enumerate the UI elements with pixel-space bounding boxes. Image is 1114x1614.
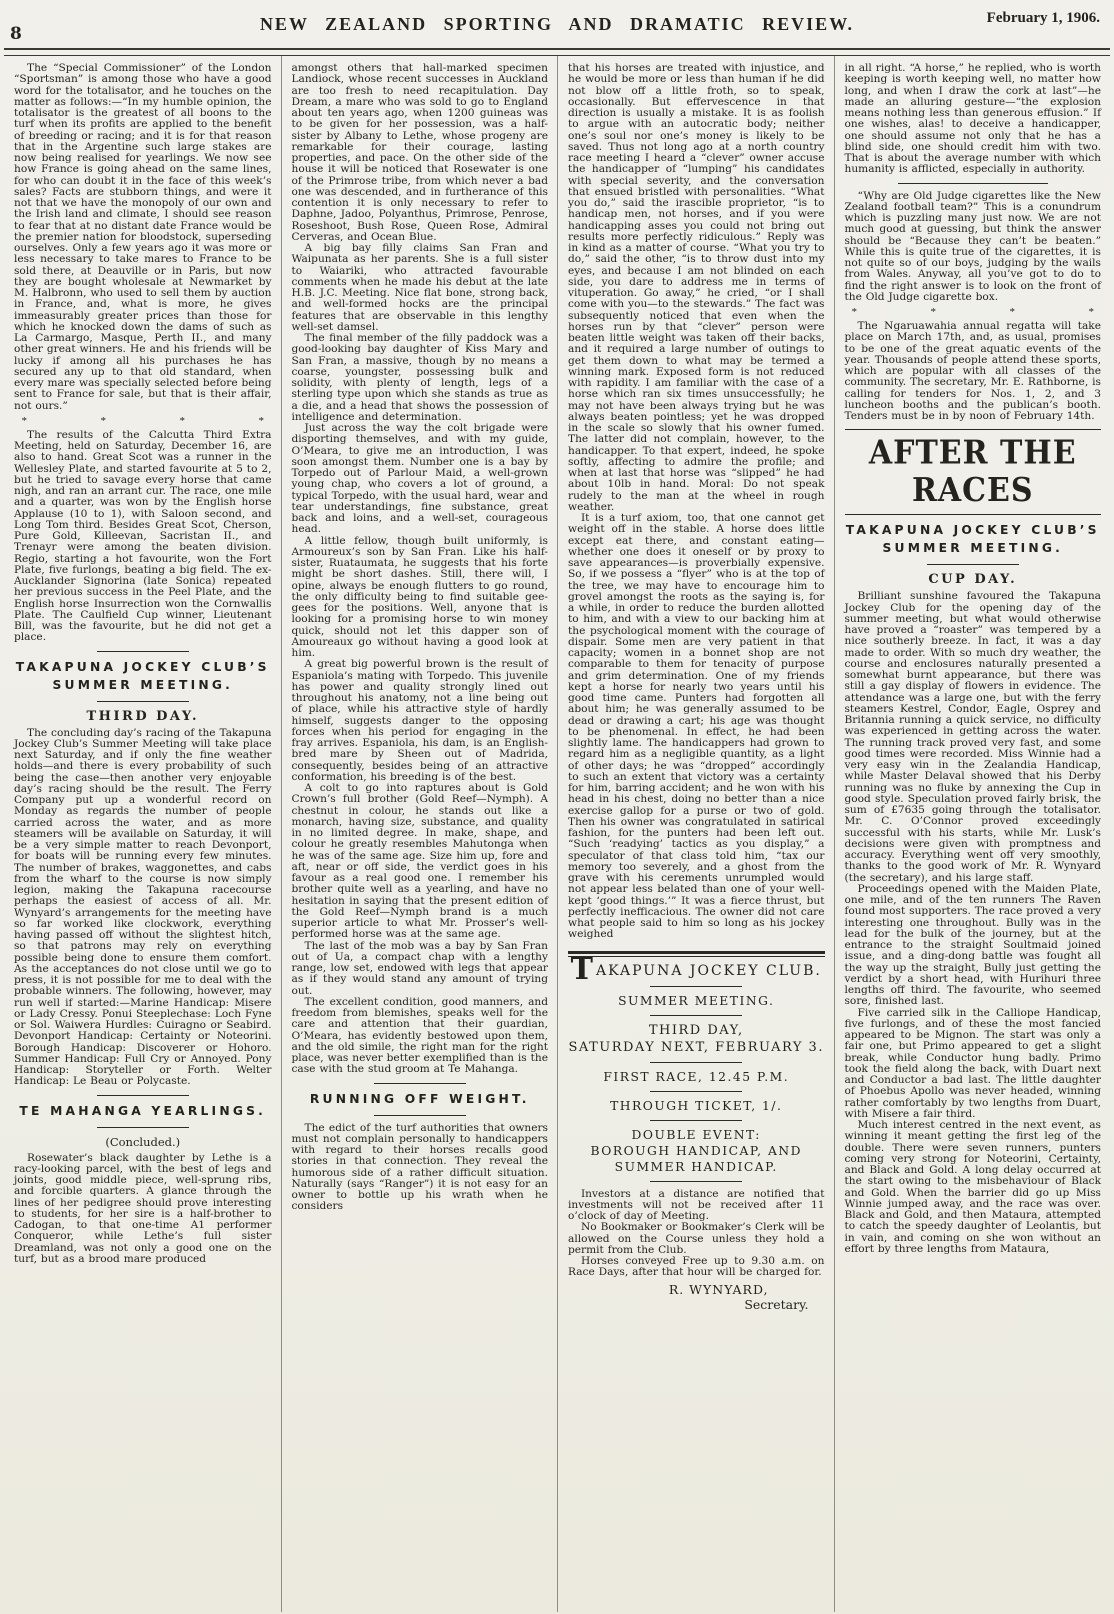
section-heading: RUNNING OFF WEIGHT. [292, 1091, 549, 1108]
article-paragraph: Brilliant sunshine favoured the Takapuna… [845, 591, 1102, 884]
divider-rule [650, 1091, 742, 1092]
article-paragraph: Rosewater’s black daughter by Lethe is a… [14, 1153, 272, 1266]
section-heading: SUMMER MEETING. [14, 677, 272, 694]
article-paragraph: A little fellow, though built uniformly,… [292, 536, 549, 660]
article-paragraph: amongst others that hall-marked specimen… [292, 63, 549, 243]
article-paragraph: A colt to go into raptures about is Gold… [292, 783, 549, 941]
advert-line: FIRST RACE, 12.45 P.M. [568, 1070, 825, 1084]
article-paragraph: A great big powerful brown is the result… [292, 659, 549, 783]
section-heading: SUMMER MEETING. [845, 540, 1102, 557]
article-paragraph: The concluding day’s racing of the Takap… [14, 728, 272, 1088]
advert-paragraph: Horses conveyed Free up to 9.30 a.m. on … [568, 1256, 825, 1279]
column-2: amongst others that hall-marked specimen… [281, 56, 558, 1612]
advert-paragraph: Investors at a distance are notified tha… [568, 1189, 825, 1223]
asterisk-separator: * * * * [14, 415, 272, 427]
article-paragraph: The Ngaruawahia annual regatta will take… [845, 321, 1102, 422]
advert-line: SUMMER HANDICAP. [568, 1160, 825, 1174]
newspaper-page: 8 NEW ZEALAND SPORTING AND DRAMATIC REVI… [0, 0, 1114, 1614]
advert-line: DOUBLE EVENT: [568, 1128, 825, 1142]
divider-rule [898, 183, 1048, 184]
divider-rule [650, 1015, 742, 1016]
article-paragraph: The final member of the filly paddock wa… [292, 333, 549, 423]
advert-signature-name: R. WYNYARD, [568, 1282, 825, 1297]
article-paragraph: The last of the mob was a bay by San Fra… [292, 941, 549, 997]
divider-rule [650, 1120, 742, 1121]
issue-date: February 1, 1906. [987, 10, 1100, 27]
article-paragraph: Just across the way the colt brigade wer… [292, 423, 549, 536]
article-paragraph: Much interest centred in the next event,… [845, 1120, 1102, 1255]
section-subheading: THIRD DAY. [14, 709, 272, 724]
headline-bottom-rule [845, 514, 1102, 515]
article-paragraph: The edict of the turf authorities that o… [292, 1123, 549, 1213]
divider-rule [374, 1115, 466, 1116]
drop-cap: T [571, 952, 595, 987]
columns-area: The “Special Commissioner” of the London… [0, 56, 1114, 1612]
column-4: in all right. “A horse,” he replied, who… [834, 56, 1111, 1612]
header-rule [4, 48, 1110, 56]
article-paragraph: Five carried silk in the Calliope Handic… [845, 1008, 1102, 1121]
advert-title-text: AKAPUNA JOCKEY CLUB. [596, 963, 822, 979]
section-heading: TAKAPUNA JOCKEY CLUB’S [845, 522, 1102, 539]
article-paragraph: The results of the Calcutta Third Extra … [14, 430, 272, 644]
divider-rule [927, 564, 1019, 565]
asterisk-separator: * * * * [845, 306, 1102, 318]
divider-rule [650, 1181, 742, 1182]
divider-rule [650, 1062, 742, 1063]
column-1: The “Special Commissioner” of the London… [4, 56, 281, 1612]
section-heading: TE MAHANGA YEARLINGS. [14, 1103, 272, 1120]
divider-rule [97, 1095, 189, 1096]
advert-top-rule [568, 951, 825, 957]
section-subheading: CUP DAY. [845, 572, 1102, 587]
advert-line: BOROUGH HANDICAP, AND [568, 1144, 825, 1158]
divider-rule [650, 986, 742, 987]
article-paragraph: “Why are Old Judge cigarettes like the N… [845, 191, 1102, 304]
advert-title: TAKAPUNA JOCKEY CLUB. [568, 963, 825, 979]
divider-rule [97, 1127, 189, 1128]
article-paragraph: Proceedings opened with the Maiden Plate… [845, 884, 1102, 1008]
divider-rule [97, 651, 189, 652]
masthead-title: NEW ZEALAND SPORTING AND DRAMATIC REVIEW… [0, 14, 1114, 35]
advert-line: THROUGH TICKET, 1/. [568, 1099, 825, 1113]
advert-line: SUMMER MEETING. [568, 994, 825, 1008]
article-paragraph: A big bay filly claims San Fran and Waip… [292, 243, 549, 333]
page-header: 8 NEW ZEALAND SPORTING AND DRAMATIC REVI… [0, 0, 1114, 46]
article-headline: AFTER THE RACES [845, 434, 1102, 510]
advert-signature-role: Secretary. [568, 1297, 825, 1312]
takapuna-advert: TAKAPUNA JOCKEY CLUB. SUMMER MEETING. TH… [568, 963, 825, 1312]
section-heading: TAKAPUNA JOCKEY CLUB’S [14, 659, 272, 676]
divider-rule [374, 1083, 466, 1084]
advert-line: THIRD DAY, [568, 1023, 825, 1038]
divider-rule [97, 701, 189, 702]
article-paragraph: that his horses are treated with injusti… [568, 63, 825, 513]
advert-line: SATURDAY NEXT, FEBRUARY 3. [568, 1040, 825, 1055]
article-paragraph: The excellent condition, good manners, a… [292, 997, 549, 1076]
article-paragraph: It is a turf axiom, too, that one cannot… [568, 513, 825, 941]
column-3: that his horses are treated with injusti… [557, 56, 834, 1612]
section-subheading: (Concluded.) [14, 1135, 272, 1149]
headline-top-rule [845, 429, 1102, 430]
article-paragraph: The “Special Commissioner” of the London… [14, 63, 272, 412]
advert-paragraph: No Bookmaker or Bookmaker’s Clerk will b… [568, 1222, 825, 1256]
article-paragraph: in all right. “A horse,” he replied, who… [845, 63, 1102, 176]
